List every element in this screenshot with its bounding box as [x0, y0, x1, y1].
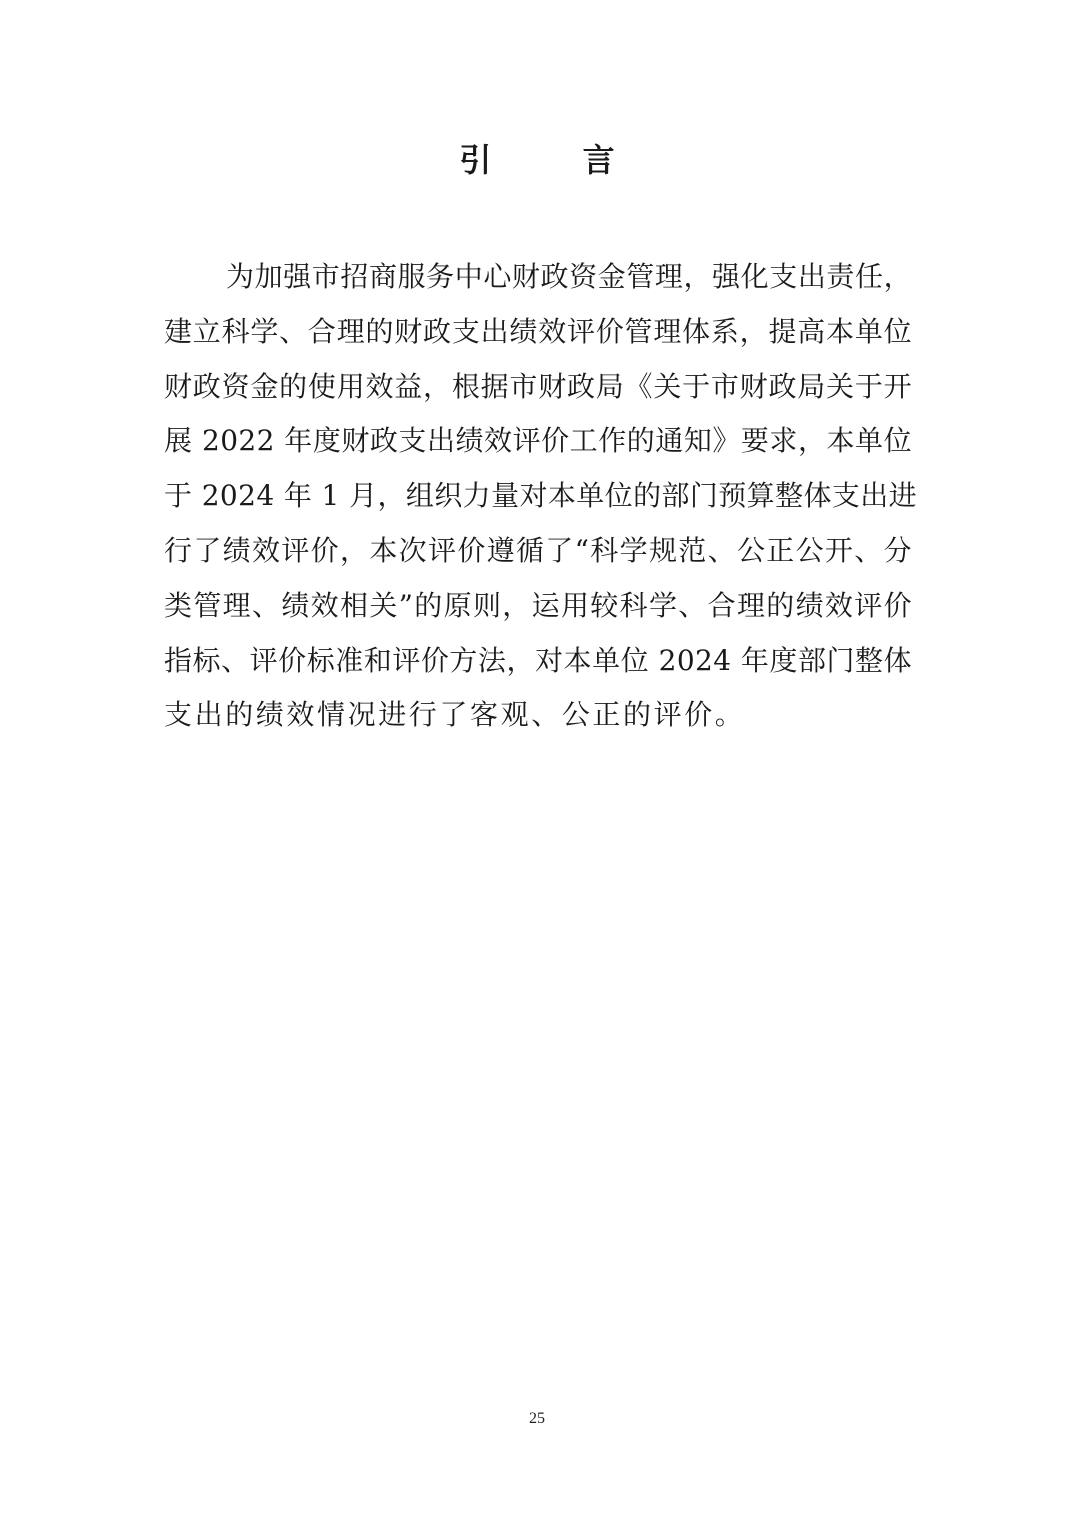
paragraph-line: 为加强市招商服务中心财政资金管理，强化支出责任，: [164, 250, 912, 305]
paragraph-line: 建立科学、合理的财政支出绩效评价管理体系，提高本单位: [164, 305, 912, 360]
intro-paragraph: 为加强市招商服务中心财政资金管理，强化支出责任， 建立科学、合理的财政支出绩效评…: [164, 250, 912, 743]
paragraph-line: 于 2024 年 1 月，组织力量对本单位的部门预算整体支出进: [164, 469, 912, 524]
paragraph-line: 支出的绩效情况进行了客观、公正的评价。: [164, 688, 912, 743]
paragraph-line: 财政资金的使用效益，根据市财政局《关于市财政局关于开: [164, 360, 912, 415]
paragraph-line: 展 2022 年度财政支出绩效评价工作的通知》要求，本单位: [164, 414, 912, 469]
page-number: 25: [0, 1410, 1074, 1428]
document-page: 引 言 为加强市招商服务中心财政资金管理，强化支出责任， 建立科学、合理的财政支…: [0, 0, 1074, 1520]
paragraph-line: 指标、评价标准和评价方法，对本单位 2024 年度部门整体: [164, 634, 912, 689]
page-title: 引 言: [0, 138, 1074, 182]
paragraph-line: 行了绩效评价，本次评价遵循了“科学规范、公正公开、分: [164, 524, 912, 579]
paragraph-line: 类管理、绩效相关”的原则，运用较科学、合理的绩效评价: [164, 579, 912, 634]
